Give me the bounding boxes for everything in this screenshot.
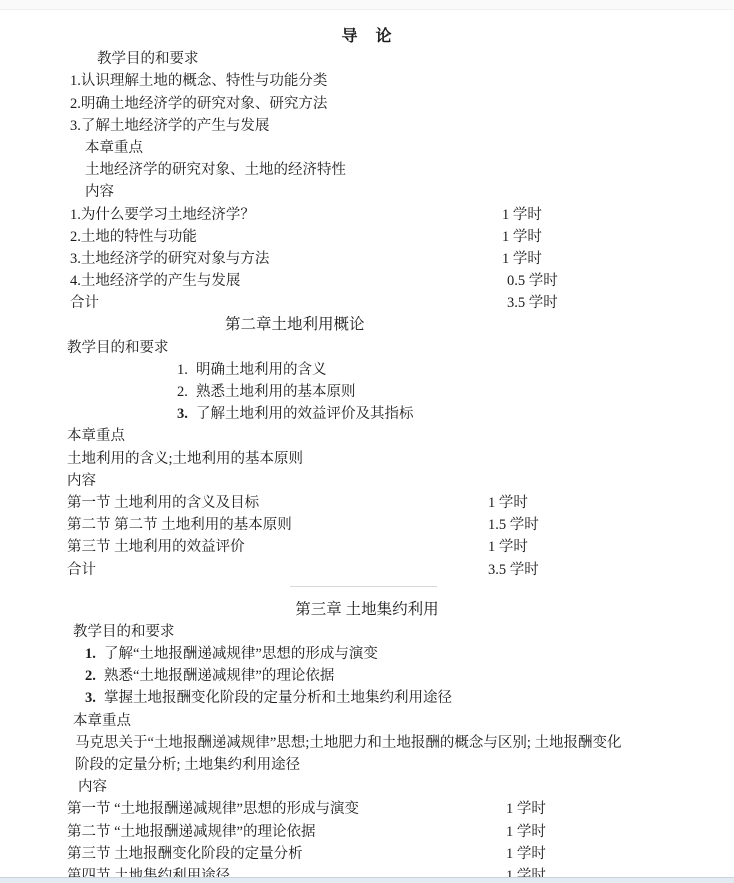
row-label: 第三节 土地利用的效益评价 [67, 539, 245, 555]
s1-objective-item: 1.认识理解土地的概念、特性与功能分类 [0, 70, 734, 92]
s1-content-label: 内容 [0, 181, 734, 203]
row-hours: 1.5 学时 [488, 514, 539, 536]
s3-objectives-label: 教学目的和要求 [0, 621, 734, 643]
s2-objective-item: 3.了解土地利用的效益评价及其指标 [0, 403, 734, 425]
s2-objectives-label: 教学目的和要求 [0, 337, 734, 359]
row-label: 合计 [70, 295, 99, 311]
s1-content-row: 1.为什么要学习土地经济学？ 1 学时 [0, 204, 734, 226]
s2-content-row: 第二节 第二节 土地利用的基本原则 1.5 学时 [0, 514, 734, 536]
s3-objective-item: 1.了解“土地报酬递减规律”思想的形成与演变 [0, 643, 734, 665]
row-label: 第二节 第二节 土地利用的基本原则 [67, 517, 292, 533]
row-hours: 1 学时 [502, 204, 542, 226]
row-hours: 1 学时 [506, 821, 546, 843]
chapter3-heading: 第三章 土地集约利用 [0, 599, 734, 621]
doc-title: 导 论 [0, 26, 734, 48]
row-hours: 1 学时 [502, 248, 542, 270]
row-hours: 1 学时 [488, 492, 528, 514]
s3-content-row: 第三节 土地报酬变化阶段的定量分析 1 学时 [0, 843, 734, 865]
s1-focus-label: 本章重点 [0, 137, 734, 159]
bottom-bar [0, 877, 734, 883]
s3-focus-label: 本章重点 [0, 710, 734, 732]
chapter2-heading: 第二章土地利用概论 [0, 314, 734, 336]
row-label: 第一节 土地利用的含义及目标 [67, 495, 259, 511]
document-page: 导 论 教学目的和要求 1.认识理解土地的概念、特性与功能分类 2.明确土地经济… [0, 0, 734, 883]
row-label: 第三节 土地报酬变化阶段的定量分析 [67, 846, 303, 862]
s3-objective-item: 3.掌握土地报酬变化阶段的定量分析和土地集约利用途径 [0, 687, 734, 709]
s3-focus-text: 阶段的定量分析; 土地集约利用途径 [0, 754, 734, 776]
s2-objective-item: 2.熟悉土地利用的基本原则 [0, 381, 734, 403]
s2-focus-label: 本章重点 [0, 425, 734, 447]
row-hours: 1 学时 [488, 536, 528, 558]
section-divider-wrap [0, 581, 734, 599]
s3-focus-text: 马克思关于“土地报酬递减规律”思想;土地肥力和土地报酬的概念与区别; 土地报酬变… [0, 732, 734, 754]
s1-content-row: 3.土地经济学的研究对象与方法 1 学时 [0, 248, 734, 270]
row-label: 合计 [67, 562, 96, 578]
row-label: 1.为什么要学习土地经济学？ [70, 207, 255, 223]
s2-objective-item: 1.明确土地利用的含义 [0, 359, 734, 381]
row-hours: 1 学时 [502, 226, 542, 248]
s1-objective-item: 3.了解土地经济学的产生与发展 [0, 115, 734, 137]
s3-content-label: 内容 [0, 776, 734, 798]
row-label: 3.土地经济学的研究对象与方法 [70, 251, 269, 267]
row-hours: 1 学时 [506, 843, 546, 865]
s1-total-row: 合计 3.5 学时 [0, 292, 734, 314]
s3-objective-item: 2.熟悉“土地报酬递减规律”的理论依据 [0, 665, 734, 687]
s1-content-row: 2.土地的特性与功能 1 学时 [0, 226, 734, 248]
row-label: 第一节 “土地报酬递减规律”思想的形成与演变 [67, 801, 359, 817]
s1-focus-text: 土地经济学的研究对象、土地的经济特性 [0, 159, 734, 181]
row-label: 第二节 “土地报酬递减规律”的理论依据 [67, 824, 316, 840]
s2-total-row: 合计 3.5 学时 [0, 559, 734, 581]
s2-content-row: 第一节 土地利用的含义及目标 1 学时 [0, 492, 734, 514]
row-label: 2.土地的特性与功能 [70, 229, 197, 245]
s1-objectives-label: 教学目的和要求 [0, 48, 734, 70]
s1-objective-item: 2.明确土地经济学的研究对象、研究方法 [0, 93, 734, 115]
row-hours: 3.5 学时 [488, 559, 539, 581]
s2-focus-text: 土地利用的含义;土地利用的基本原则 [0, 448, 734, 470]
row-hours: 0.5 学时 [507, 270, 558, 292]
s2-content-row: 第三节 土地利用的效益评价 1 学时 [0, 536, 734, 558]
section-divider [290, 586, 437, 587]
s3-content-row: 第二节 “土地报酬递减规律”的理论依据 1 学时 [0, 821, 734, 843]
row-hours: 3.5 学时 [507, 292, 558, 314]
row-label: 4.土地经济学的产生与发展 [70, 273, 240, 289]
s2-content-label: 内容 [0, 470, 734, 492]
s3-content-row: 第一节 “土地报酬递减规律”思想的形成与演变 1 学时 [0, 798, 734, 820]
row-hours: 1 学时 [506, 798, 546, 820]
s1-content-row: 4.土地经济学的产生与发展 0.5 学时 [0, 270, 734, 292]
